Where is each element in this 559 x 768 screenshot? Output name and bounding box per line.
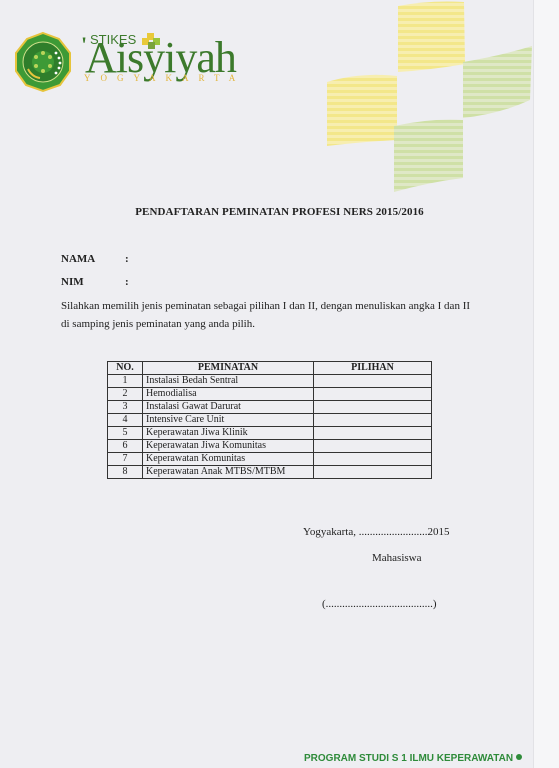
row-pilihan-cell[interactable] [314, 453, 432, 466]
header-pilihan: PILIHAN [314, 362, 432, 375]
row-peminatan: Instalasi Gawat Darurat [143, 401, 314, 414]
signature-line: (.......................................… [322, 598, 437, 610]
row-number: 3 [108, 401, 143, 414]
table-row: 8Keperawatan Anak MTBS/MTBM [108, 466, 432, 479]
row-pilihan-cell[interactable] [314, 414, 432, 427]
row-pilihan-cell[interactable] [314, 375, 432, 388]
field-separator-nama: : [125, 253, 129, 265]
signer-label: Mahasiswa [372, 552, 422, 564]
row-peminatan: Keperawatan Komunitas [143, 453, 314, 466]
row-peminatan: Intensive Care Unit [143, 414, 314, 427]
table-row: 3Instalasi Gawat Darurat [108, 401, 432, 414]
row-pilihan-cell[interactable] [314, 440, 432, 453]
table-row: 2Hemodialisa [108, 388, 432, 401]
row-peminatan: Keperawatan Jiwa Klinik [143, 427, 314, 440]
instruction-line-2: di samping jenis peminatan yang anda pil… [61, 315, 481, 333]
row-number: 7 [108, 453, 143, 466]
table-row: 1Instalasi Bedah Sentral [108, 375, 432, 388]
document-title: PENDAFTARAN PEMINATAN PROFESI NERS 2015/… [0, 206, 559, 218]
stikes-emblem-icon [12, 31, 74, 93]
row-number: 5 [108, 427, 143, 440]
row-number: 2 [108, 388, 143, 401]
peminatan-table: NO. PEMINATAN PILIHAN 1Instalasi Bedah S… [107, 361, 432, 479]
row-peminatan: Keperawatan Jiwa Komunitas [143, 440, 314, 453]
row-number: 4 [108, 414, 143, 427]
program-footer: PROGRAM STUDI S 1 ILMU KEPERAWATAN [304, 753, 522, 764]
row-number: 1 [108, 375, 143, 388]
brand-logo: ' STIKES Aisyiyah YOGYAKARTA [80, 26, 250, 96]
table-row: 5Keperawatan Jiwa Klinik [108, 427, 432, 440]
row-number: 6 [108, 440, 143, 453]
table-row: 4Intensive Care Unit [108, 414, 432, 427]
field-label-nim: NIM [61, 276, 84, 288]
row-pilihan-cell[interactable] [314, 388, 432, 401]
row-peminatan: Keperawatan Anak MTBS/MTBM [143, 466, 314, 479]
table-row: 7Keperawatan Komunitas [108, 453, 432, 466]
brand-city: YOGYAKARTA [84, 73, 245, 83]
table-header-row: NO. PEMINATAN PILIHAN [108, 362, 432, 375]
watermark-pattern-icon [300, 0, 540, 200]
header-peminatan: PEMINATAN [143, 362, 314, 375]
instruction-line-1: Silahkan memilih jenis peminatan sebagai… [61, 297, 481, 315]
row-peminatan: Hemodialisa [143, 388, 314, 401]
instruction-text: Silahkan memilih jenis peminatan sebagai… [61, 297, 481, 333]
bullet-dot-icon [516, 754, 522, 760]
row-pilihan-cell[interactable] [314, 401, 432, 414]
row-peminatan: Instalasi Bedah Sentral [143, 375, 314, 388]
field-separator-nim: : [125, 276, 129, 288]
place-date: Yogyakarta, .........................201… [303, 526, 449, 538]
row-number: 8 [108, 466, 143, 479]
row-pilihan-cell[interactable] [314, 466, 432, 479]
field-label-nama: NAMA [61, 253, 95, 265]
table-row: 6Keperawatan Jiwa Komunitas [108, 440, 432, 453]
program-name: PROGRAM STUDI S 1 ILMU KEPERAWATAN [304, 753, 513, 764]
row-pilihan-cell[interactable] [314, 427, 432, 440]
header-no: NO. [108, 362, 143, 375]
